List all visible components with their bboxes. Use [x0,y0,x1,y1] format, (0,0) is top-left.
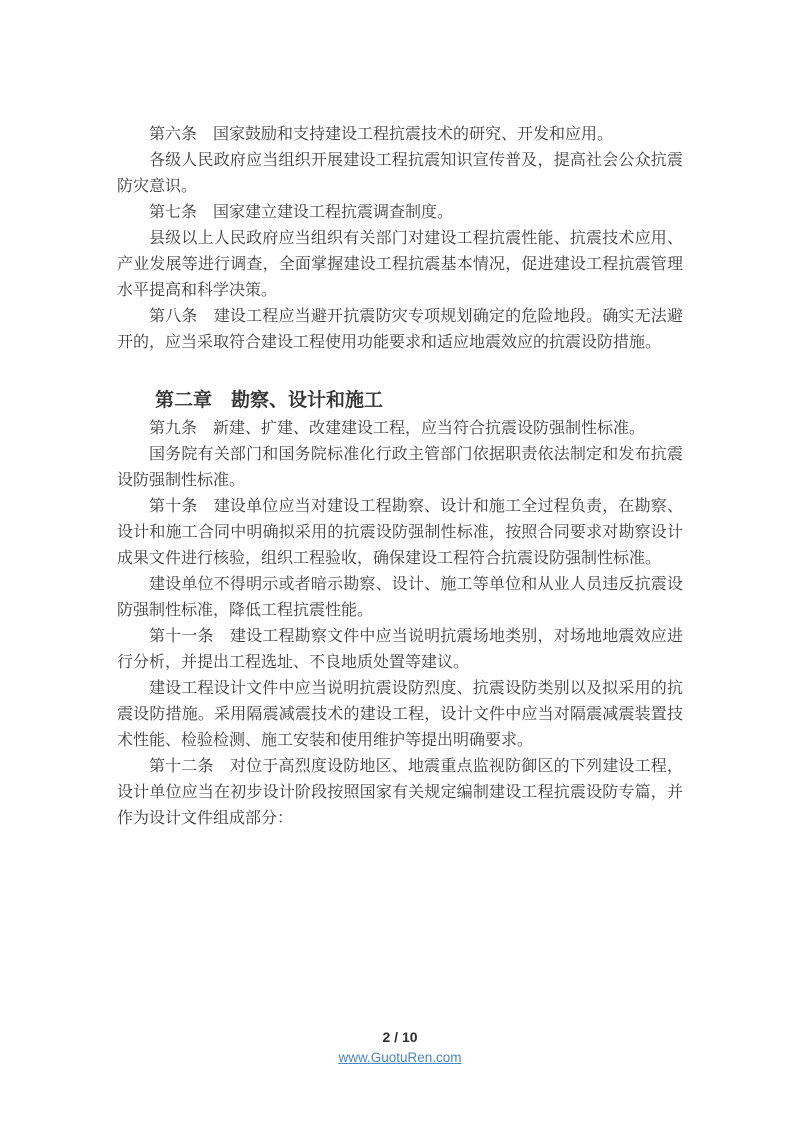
article-paragraph: 第七条 国家建立建设工程抗震调查制度。 [117,200,683,226]
article-paragraph: 第十条 建设单位应当对建设工程勘察、设计和施工全过程负责，在勘察、设计和施工合同… [117,494,683,572]
article-paragraph: 第六条 国家鼓励和支持建设工程抗震技术的研究、开发和应用。 [117,122,683,148]
body-paragraph: 各级人民政府应当组织开展建设工程抗震知识宣传普及，提高社会公众抗震防灾意识。 [117,148,683,200]
chapter-heading: 第二章 勘察、设计和施工 [117,386,683,416]
body-paragraph: 国务院有关部门和国务院标准化行政主管部门依据职责依法制定和发布抗震设防强制性标准… [117,442,683,494]
article-paragraph: 第十一条 建设工程勘察文件中应当说明抗震场地类别，对场地地震效应进行分析，并提出… [117,624,683,676]
article-paragraph: 第八条 建设工程应当避开抗震防灾专项规划确定的危险地段。确实无法避开的，应当采取… [117,304,683,356]
body-paragraph: 建设单位不得明示或者暗示勘察、设计、施工等单位和从业人员违反抗震设防强制性标准，… [117,572,683,624]
body-paragraph: 建设工程设计文件中应当说明抗震设防烈度、抗震设防类别以及拟采用的抗震设防措施。采… [117,676,683,754]
article-paragraph: 第九条 新建、扩建、改建建设工程，应当符合抗震设防强制性标准。 [117,416,683,442]
article-paragraph: 第十二条 对位于高烈度设防地区、地震重点监视防御区的下列建设工程，设计单位应当在… [117,754,683,832]
page-footer: 2 / 10 www.GuotuRen.com [0,1028,800,1067]
body-paragraph: 县级以上人民政府应当组织有关部门对建设工程抗震性能、抗震技术应用、产业发展等进行… [117,226,683,304]
footer-site-link[interactable]: www.GuotuRen.com [338,1049,461,1066]
document-body: 第六条 国家鼓励和支持建设工程抗震技术的研究、开发和应用。各级人民政府应当组织开… [117,122,683,832]
page-number-indicator: 2 / 10 [0,1028,800,1047]
document-page: 第六条 国家鼓励和支持建设工程抗震技术的研究、开发和应用。各级人民政府应当组织开… [0,0,800,1132]
